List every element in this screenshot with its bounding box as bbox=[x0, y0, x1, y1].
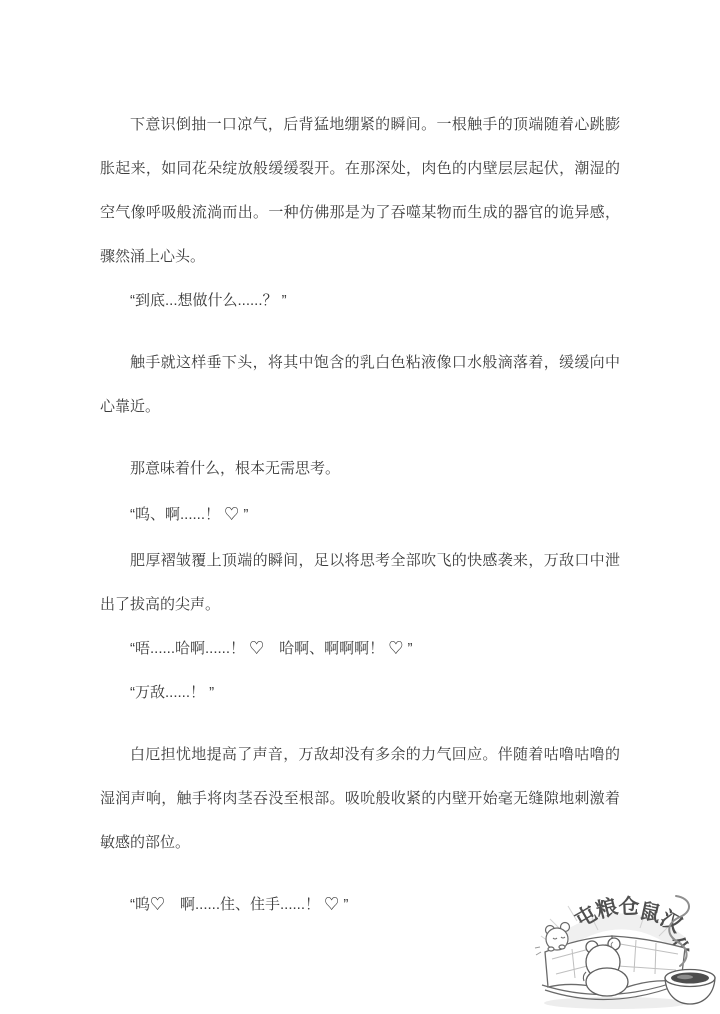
dialogue-line-3: “唔......哈啊......！ ♡ 哈啊、啊啊啊！ ♡ ” bbox=[100, 627, 620, 671]
paragraph-2: 触手就这样垂下头，将其中饱含的乳白色粘液像口水般滴落着，缓缓向中心靠近。 bbox=[100, 341, 620, 429]
dialogue-line-4: “万敌......！ ” bbox=[100, 671, 620, 715]
document-page: 下意识倒抽一口凉气，后背猛地绷紧的瞬间。一根触手的顶端随着心跳膨胀起来，如同花朵… bbox=[0, 0, 720, 1014]
paragraph-1: 下意识倒抽一口凉气，后背猛地绷紧的瞬间。一根触手的顶端随着心跳膨胀起来，如同花朵… bbox=[100, 103, 620, 279]
paragraph-5: 白厄担忧地提高了声音，万敌却没有多余的力气回应。伴随着咕噜咕噜的湿润声响，触手将… bbox=[100, 733, 620, 865]
sparkle-icon bbox=[535, 947, 541, 955]
dialogue-line-1: “到底...想做什么......？ ” bbox=[100, 279, 620, 323]
paragraph-3: 那意味着什么，根本无需思考。 bbox=[100, 447, 620, 491]
dialogue-line-2: “呜、啊......！ ♡ ” bbox=[100, 493, 620, 537]
teacup-icon bbox=[665, 970, 715, 1005]
watermark-char-3: 仓 bbox=[618, 895, 640, 919]
text-column: 下意识倒抽一口凉气，后背猛地绷紧的瞬间。一根触手的顶端随着心跳膨胀起来，如同花朵… bbox=[100, 103, 620, 927]
paragraph-4: 肥厚褶皱覆上顶端的瞬间，足以将思考全部吹飞的快感袭来，万敌口中泄出了拔高的尖声。 bbox=[100, 539, 620, 627]
watermark-logo: 屯 粮 仓 鼠 汉 化 bbox=[528, 874, 718, 1014]
